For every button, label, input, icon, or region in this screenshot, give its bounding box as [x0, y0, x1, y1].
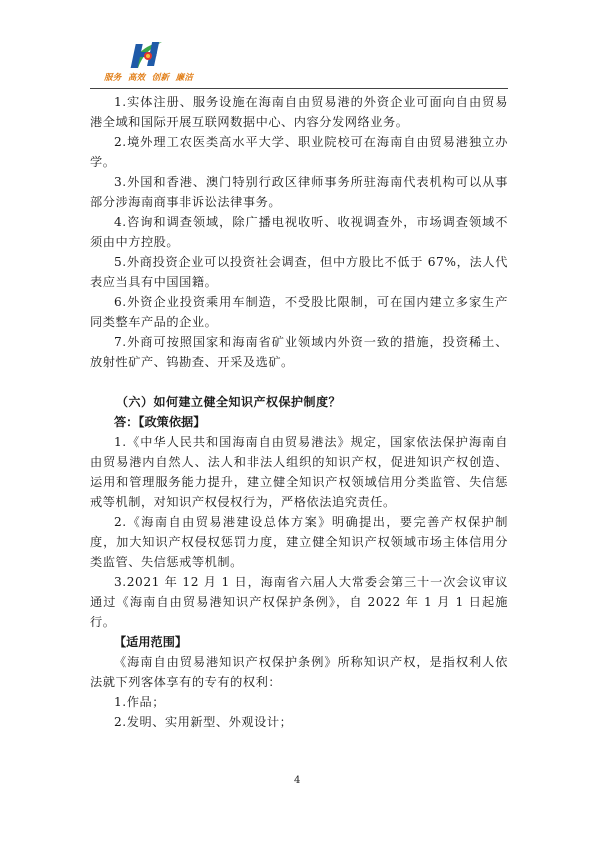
slogan-word: 创新: [152, 73, 170, 83]
answer-label: 答：【政策依据】: [90, 412, 508, 432]
list-item: 1.作品；: [90, 692, 508, 712]
header-divider: [90, 88, 508, 89]
header-slogan: 服务 高效 创新 廉洁: [104, 71, 196, 83]
slogan-word: 廉洁: [176, 73, 194, 83]
paragraph: 6.外资企业投资乘用车制造，不受股比限制，可在国内建立多家生产同类整车产品的企业…: [90, 292, 508, 332]
paragraph: 3.外国和香港、澳门特别行政区律师事务所驻海南代表机构可以从事部分涉海南商事非诉…: [90, 172, 508, 212]
paragraph: 4.咨询和调查领域，除广播电视收听、收视调查外，市场调查领域不须由中方控股。: [90, 212, 508, 252]
paragraph: 5.外商投资企业可以投资社会调查，但中方股比不低于 67%，法人代表应当具有中国…: [90, 252, 508, 292]
spacer: [90, 372, 508, 392]
slogan-word: 服务: [104, 73, 122, 83]
paragraph: 2.境外理工农医类高水平大学、职业院校可在海南自由贸易港独立办学。: [90, 132, 508, 172]
scope-label: 【适用范围】: [90, 632, 508, 652]
page-number: 4: [294, 775, 300, 786]
hainan-ftp-logo-icon: [128, 38, 168, 72]
paragraph: 1.实体注册、服务设施在海南自由贸易港的外资企业可面向自由贸易港全域和国际开展互…: [90, 92, 508, 132]
paragraph: 3.2021 年 12 月 1 日，海南省六届人大常委会第三十一次会议审议通过《…: [90, 572, 508, 632]
section-heading: （六）如何建立健全知识产权保护制度？: [90, 392, 508, 412]
paragraph: 1.《中华人民共和国海南自由贸易港法》规定，国家依法保护海南自由贸易港内自然人、…: [90, 432, 508, 512]
paragraph: 2.《海南自由贸易港建设总体方案》明确提出，要完善产权保护制度，加大知识产权侵权…: [90, 512, 508, 572]
paragraph: 《海南自由贸易港知识产权保护条例》所称知识产权，是指权利人依法就下列客体享有的专…: [90, 652, 508, 692]
list-item: 2.发明、实用新型、外观设计；: [90, 712, 508, 732]
slogan-word: 高效: [128, 73, 146, 83]
paragraph: 7.外商可按照国家和海南省矿业领域内外资一致的措施，投资稀土、放射性矿产、钨勘查…: [90, 332, 508, 372]
document-body: 1.实体注册、服务设施在海南自由贸易港的外资企业可面向自由贸易港全域和国际开展互…: [90, 92, 508, 732]
page-header: 服务 高效 创新 廉洁: [104, 38, 244, 88]
